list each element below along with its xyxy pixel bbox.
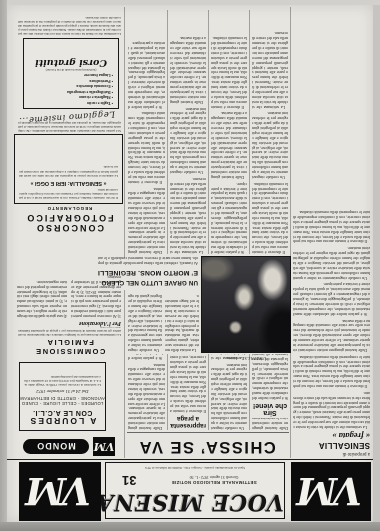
mini-head-line: Sira xyxy=(252,409,288,416)
body-paragraph: Dalle frazioni giungono notizie conforta… xyxy=(170,36,206,104)
body-paragraph: Dalle frazioni giungono notizie conforta… xyxy=(293,318,370,352)
obituary-upper-text: La notizia della morte del venerato sace… xyxy=(128,290,199,352)
vm-badge-text: VM xyxy=(94,440,115,453)
mid-column-3: rappresentazione a praga Il discorso è t… xyxy=(170,354,206,430)
scan-edge-left xyxy=(0,0,7,531)
body-paragraph: Il discorso è tornato ancora una volta s… xyxy=(252,181,288,254)
corsi-item: Puericultura xyxy=(29,79,113,83)
lower-column-3: La settimana che si chiude ha visto la n… xyxy=(170,10,206,254)
masthead-title-box: VOCE MISENA SETTIMANALE RELIGIOSO NOTIZI… xyxy=(105,462,285,519)
column-rule xyxy=(124,7,125,258)
masthead-dateline: Giovedì 31 agosto 1972 - L. 50 xyxy=(154,475,274,479)
corsi-item: Taglio e cucito xyxy=(29,101,113,105)
headline-rule xyxy=(127,432,289,433)
mini-head-praga: rappresentazione a praga xyxy=(170,415,206,429)
masthead-rule xyxy=(7,459,373,460)
section-badge-vm: VM xyxy=(93,437,115,456)
body-paragraph: La settimana che si chiude ha visto la n… xyxy=(293,390,370,429)
regolamento-subhead: REGOLAMENTO xyxy=(16,206,123,211)
scan-edge-bottom xyxy=(0,522,380,531)
lower-column-2: Si è parlato inoltre del calendario dell… xyxy=(211,10,247,254)
corsi-note: (iscrizioni presso la sede di via Cavour… xyxy=(24,68,118,72)
body-paragraph: Il discorso è tornato ancora una volta s… xyxy=(211,36,247,109)
column-rule xyxy=(167,354,168,430)
body-paragraph: Un cordiale ringraziamento va infine a q… xyxy=(293,246,370,280)
lourdes-title-line2: CON LE A.C.L.I. xyxy=(20,409,105,416)
body-paragraph: Il discorso è tornato ancora una volta s… xyxy=(170,354,206,413)
body-paragraph: Un cordiale ringraziamento va infine a q… xyxy=(128,290,162,352)
right-column-bottom-filler: La settimana che si chiude ha visto la n… xyxy=(18,9,121,36)
masthead-bottomline: Sped. in abbonamento postale - Gruppo I … xyxy=(110,466,280,470)
body-paragraph: Dalle frazioni giungono notizie conforta… xyxy=(211,111,247,179)
contest-box-intro: Il circolo culturale cittadino, d’intesa… xyxy=(19,188,118,200)
section-badge-mondo: MONDO xyxy=(23,439,89,454)
column-rule xyxy=(208,354,209,430)
lower-column-4: Dalle frazioni giungono notizie conforta… xyxy=(128,10,165,254)
body-paragraph: Dalle frazioni giungono notizie conforta… xyxy=(252,418,288,430)
commissione-heading-line2: FAMIGLIA xyxy=(19,338,121,347)
lourdes-route-line1: LOURDES - CELLE LIGURE - CUNEO xyxy=(20,401,105,406)
corsi-title: Corsi gratuiti xyxy=(24,57,118,68)
corsi-item: Economia domestica xyxy=(29,85,113,89)
column-rule xyxy=(167,10,168,254)
body-paragraph: Si è parlato inoltre del calendario dell… xyxy=(293,282,370,316)
concorso-heading-line2: FOTOGRAFICO xyxy=(16,213,123,223)
corsi-ad-box: Taglio e cucito Maglieria e ricamo Datti… xyxy=(23,38,119,109)
newspaper-sheet: VM VOCE MISENA SETTIMANALE RELIGIOSO NOT… xyxy=(7,5,373,522)
rules-column-1: 1) Al concorso possono partecipare tutti… xyxy=(71,236,121,318)
issue-number: 31 xyxy=(122,473,136,488)
adorazione-subhead: Per l’Adorazione xyxy=(18,320,121,326)
body-paragraph: Il discorso è tornato ancora una volta s… xyxy=(293,354,370,388)
corsi-items: Taglio e cucito Maglieria e ricamo Datti… xyxy=(24,74,118,109)
body-paragraph: Si è parlato inoltre del calendario dell… xyxy=(128,354,165,360)
section-badge-label: MONDO xyxy=(36,442,76,452)
mini-head-line: a praga xyxy=(170,415,206,422)
vm-logo-text: VM xyxy=(300,470,362,514)
column-rule xyxy=(124,290,125,458)
column-rule xyxy=(290,7,291,458)
body-paragraph: Il discorso è tornato ancora una volta s… xyxy=(293,209,370,243)
column-rule xyxy=(208,10,209,254)
lourdes-route-line2: AVIGNONE - GROTTE DI BETHARRAM xyxy=(20,396,105,401)
vm-logo-text: VM xyxy=(29,470,91,514)
lourdes-ad-box: A LOURDES CON LE A.C.L.I. LOURDES - CELL… xyxy=(19,362,106,431)
masthead-subtitle: SETTIMANALE RELIGIOSO NOTIZIE xyxy=(154,480,274,485)
photo-caption: U.N.I.T.A.L.S.I. a Loreto xyxy=(202,356,291,361)
commissione-body: La commissione diocesana per la famiglia… xyxy=(18,327,121,337)
mini-head-line: rappresentazione xyxy=(170,422,206,429)
mid-column-2: Un cordiale ringraziamento va infine a q… xyxy=(211,354,247,430)
fregata-title-line2: « fregata » xyxy=(292,431,370,441)
lourdes-note: Le iscrizioni si ricevono presso l’Uffic… xyxy=(24,375,101,387)
masthead-logo-left: VM xyxy=(291,462,371,521)
body-paragraph: Un cordiale ringraziamento va infine a q… xyxy=(252,111,288,179)
body-paragraph: La settimana che si chiude ha visto la n… xyxy=(252,31,288,109)
commissione-heading-line1: COMMISSIONE xyxy=(19,347,121,356)
body-paragraph: Un cordiale ringraziamento va infine a q… xyxy=(211,362,247,430)
corsi-item: Dattilografia e stenografia xyxy=(29,90,113,94)
body-paragraph: Si è parlato inoltre del calendario dell… xyxy=(211,181,247,254)
lourdes-dates: Dal 24 al 31 settembre 1972 xyxy=(20,389,105,394)
fregata-kicker: a proposito di xyxy=(292,451,370,456)
concorso-heading-line1: CONCORSO xyxy=(16,223,123,233)
lourdes-title-line1: A LOURDES xyxy=(20,416,105,426)
body-paragraph: Un cordiale ringraziamento va infine a q… xyxy=(170,106,206,174)
rules-column-2: 4) una giuria qualificata designerà le o… xyxy=(17,236,67,318)
rotated-page-content: VM VOCE MISENA SETTIMANALE RELIGIOSO NOT… xyxy=(7,5,373,522)
mini-head-line: che viene! xyxy=(252,402,288,409)
news-photo xyxy=(201,256,291,353)
lower-column-1: Il discorso è tornato ancora una volta s… xyxy=(252,10,288,254)
body-paragraph: Il discorso è tornato ancora una volta s… xyxy=(128,111,165,184)
mid-column-1: Dalle frazioni giungono notizie conforta… xyxy=(252,354,288,430)
column-rule xyxy=(249,10,250,254)
corsi-item: Maglieria e ricamo xyxy=(29,96,113,100)
body-paragraph: Dalle frazioni giungono notizie conforta… xyxy=(128,362,165,430)
senigallia-contest-box: Il circolo culturale cittadino, d’intesa… xyxy=(14,134,123,204)
body-paragraph: Dalle frazioni giungono notizie conforta… xyxy=(128,186,165,254)
contest-motto: « SENIGALLIA: IERI E OGGI » xyxy=(15,180,122,186)
main-headline: CHISSA’ SE VA xyxy=(125,437,289,456)
scanned-newspaper-page: VM VOCE MISENA SETTIMANALE RELIGIOSO NOT… xyxy=(0,0,380,531)
fregata-body: La settimana che si chiude ha visto la n… xyxy=(293,11,370,429)
body-paragraph: Si è parlato inoltre del calendario dell… xyxy=(128,40,165,108)
mid-column-4: Dalle frazioni giungono notizie conforta… xyxy=(128,354,165,430)
masthead-logo-right: VM xyxy=(19,462,101,521)
contest-box-outro: Le adesioni si ricevono presso la segret… xyxy=(19,165,118,177)
body-paragraph: La notizia della morte del venerato sace… xyxy=(165,294,199,353)
corsi-item: Lingua francese xyxy=(29,74,113,78)
mini-head-sira: Sira che viene! xyxy=(252,402,288,416)
column-rule xyxy=(249,354,250,430)
body-paragraph: La settimana che si chiude ha visto la n… xyxy=(170,176,206,254)
fregata-title-line1: SENIGALLIA xyxy=(292,441,370,450)
page-title: VOCE MISENA xyxy=(106,489,284,515)
